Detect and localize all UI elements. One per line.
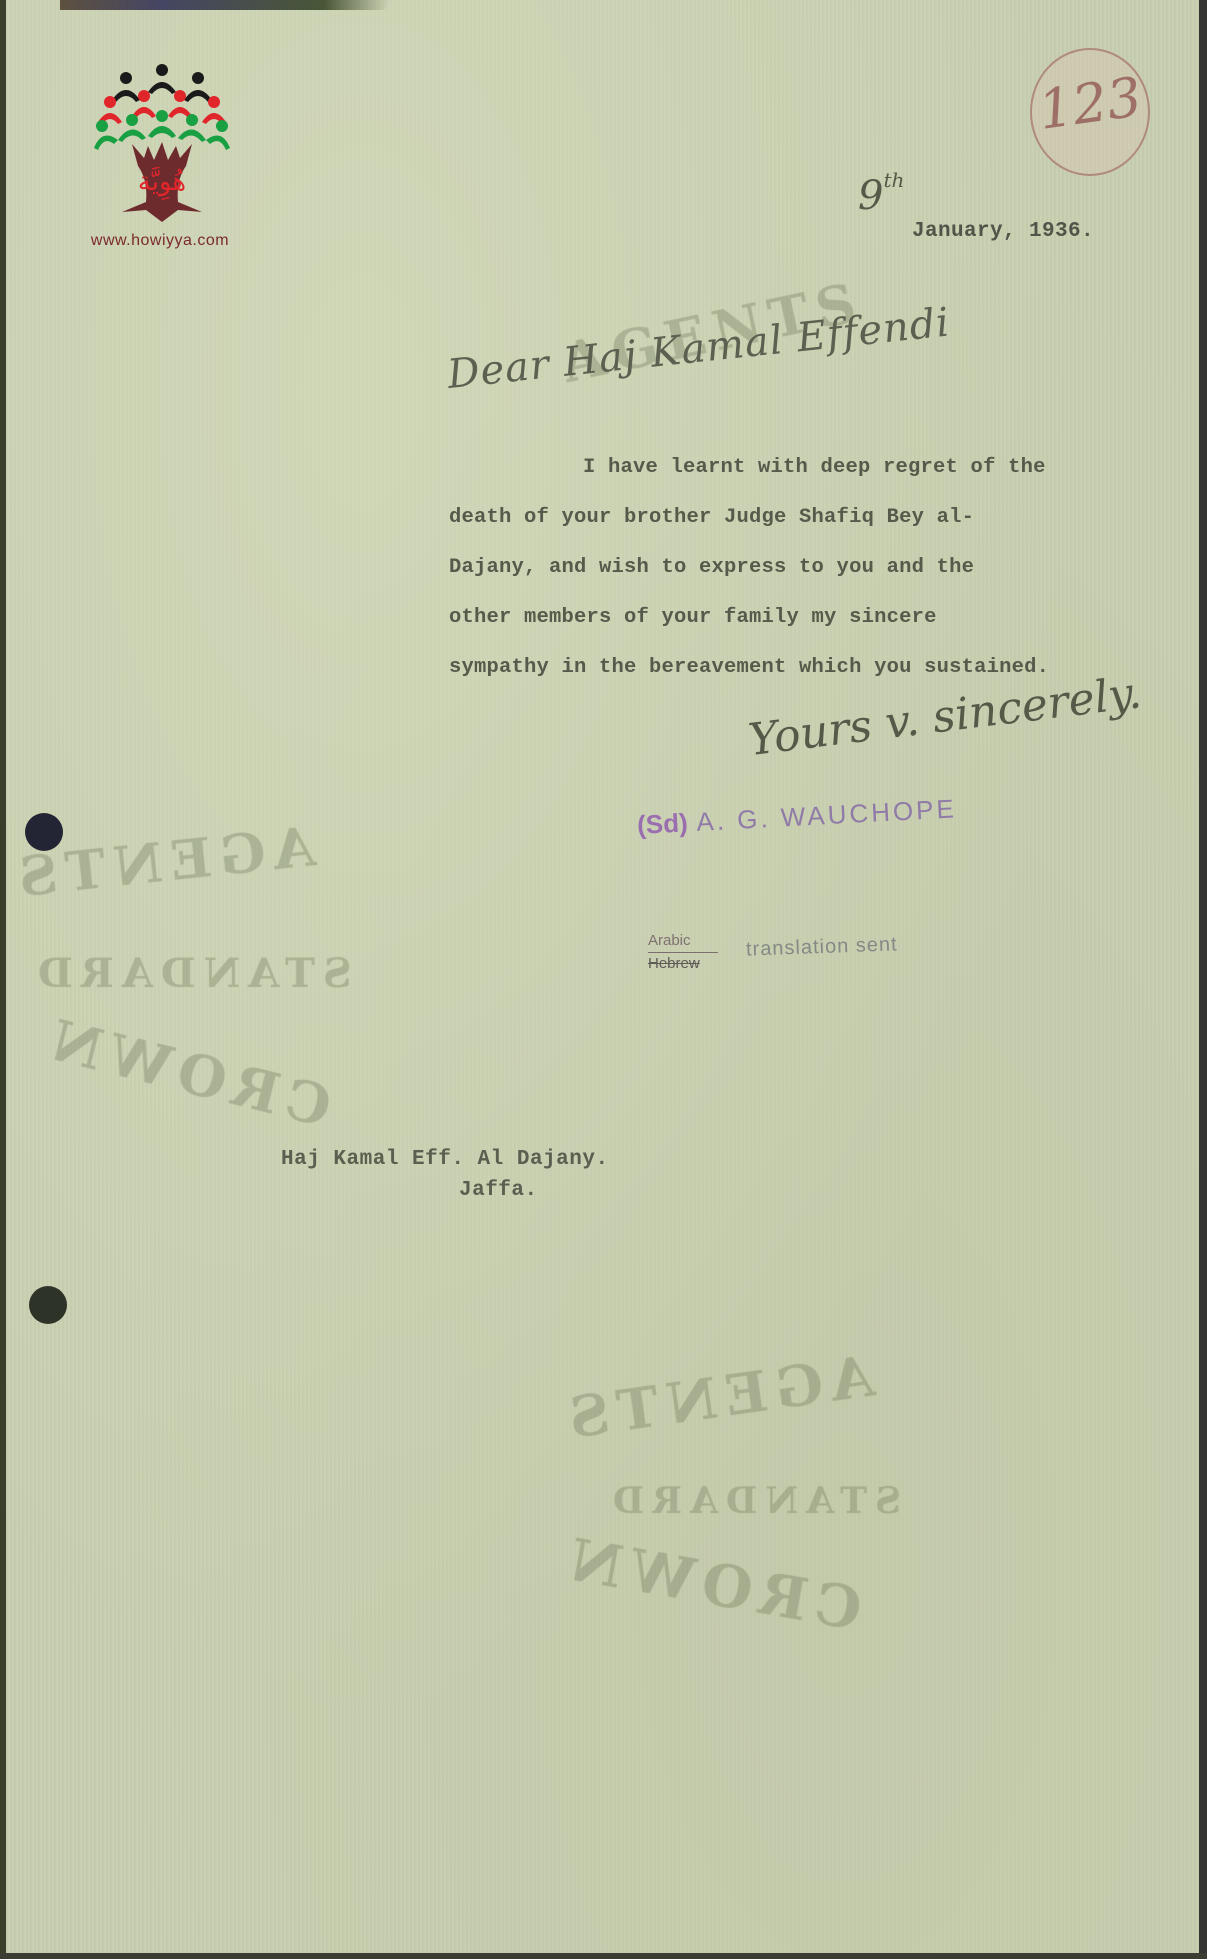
punch-hole-bottom [29,1286,67,1324]
signatory-name: A. G. WAUCHOPE [696,793,958,837]
folio-number: 123 [1028,64,1152,143]
scan-edge-top [60,0,390,10]
letter-body: I have learnt with deep regret of the de… [449,443,1189,693]
watermark-bottom-1: AGENTS [557,1343,878,1452]
watermark-bottom-2: STANDARD [605,1480,901,1522]
folio-number-stamp: 123 [1030,48,1150,176]
body-line: other members of your family my sincere [449,593,1189,643]
signature-stamp: (Sd) A. G. WAUCHOPE [636,793,957,841]
watermark-left-3: CROWN [36,1005,337,1140]
body-line: Dajany, and wish to express to you and t… [449,543,1189,593]
language-arabic: Arabic [648,932,728,950]
tree-people-icon: هُوِيَّة [92,62,232,232]
body-line: death of your brother Judge Shafiq Bey a… [449,493,1189,543]
recipient-address: Haj Kamal Eff. Al Dajany. Jaffa. [281,1144,609,1206]
scan-edge-bottom [0,1953,1207,1959]
translation-languages: Arabic Hebrew [648,932,728,973]
scan-edge-left [0,0,6,1959]
recipient-name: Haj Kamal Eff. Al Dajany. [281,1144,609,1175]
watermark-left-2: STANDARD [30,950,352,997]
language-hebrew-struck: Hebrew [648,955,728,973]
recipient-city: Jaffa. [281,1175,609,1206]
signed-prefix: (Sd) [636,807,688,840]
divider [648,952,718,953]
scan-edge-right [1199,0,1207,1959]
howiyya-logo: هُوِيَّة www.howiyya.com [70,62,250,262]
svg-text:هُوِيَّة: هُوِيَّة [138,166,186,201]
body-line: I have learnt with deep regret of the [449,443,1189,493]
logo-url: www.howiyya.com [70,232,250,250]
date-typed: January, 1936. [912,220,1094,243]
translation-note: translation sent [746,933,898,961]
date-day-handwritten: 9th [858,168,904,219]
watermark-bottom-3: CROWN [556,1524,866,1644]
letter-page: AGENTS AGENTS STANDARD CROWN AGENTS STAN… [0,0,1207,1959]
punch-hole-top [25,813,63,851]
